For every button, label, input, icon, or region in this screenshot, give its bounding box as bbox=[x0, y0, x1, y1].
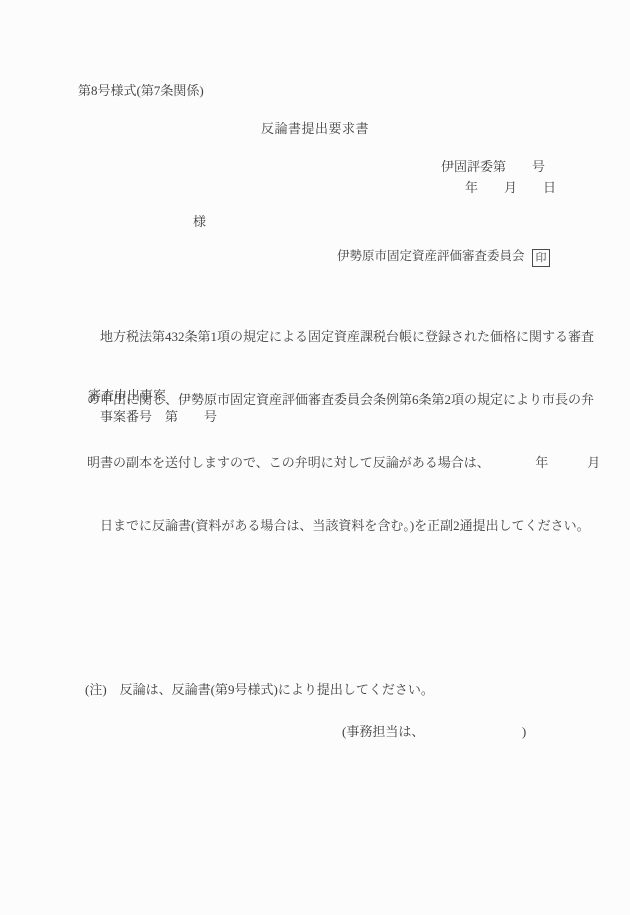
addressee-honorific: 様 bbox=[193, 215, 206, 228]
note-line: (注) 反論は、反論書(第9号様式)により提出してください。 bbox=[85, 683, 434, 696]
paragraph-line: 日までに反論書(資料がある場合は、当該資料を含む。)を正副2通提出してください。 bbox=[87, 515, 600, 536]
committee-name: 伊勢原市固定資産評価審査委員会 bbox=[337, 250, 525, 263]
document-page: 第8号様式(第7条関係) 反論書提出要求書 伊固評委第 号 年 月 日 様 伊勢… bbox=[0, 0, 630, 915]
date-line: 年 月 日 bbox=[465, 181, 556, 194]
seal-stamp-icon: 印 bbox=[532, 249, 550, 267]
case-section-heading: 審査申出事案 bbox=[88, 389, 166, 402]
paragraph-line: 地方税法第432条第1項の規定による固定資産課税台帳に登録された価格に関する審査 bbox=[87, 326, 600, 347]
form-label: 第8号様式(第7条関係) bbox=[78, 84, 204, 97]
paragraph-line: 明書の副本を送付しますので、この弁明に対して反論がある場合は、 年 月 bbox=[87, 452, 600, 473]
document-title: 反論書提出要求書 bbox=[0, 122, 630, 135]
body-paragraph: 地方税法第432条第1項の規定による固定資産課税台帳に登録された価格に関する審査… bbox=[87, 284, 600, 578]
case-number-line: 事案番号 第 号 bbox=[100, 410, 217, 423]
contact-line: (事務担当は、 ) bbox=[342, 725, 526, 738]
document-number-line: 伊固評委第 号 bbox=[441, 160, 545, 173]
